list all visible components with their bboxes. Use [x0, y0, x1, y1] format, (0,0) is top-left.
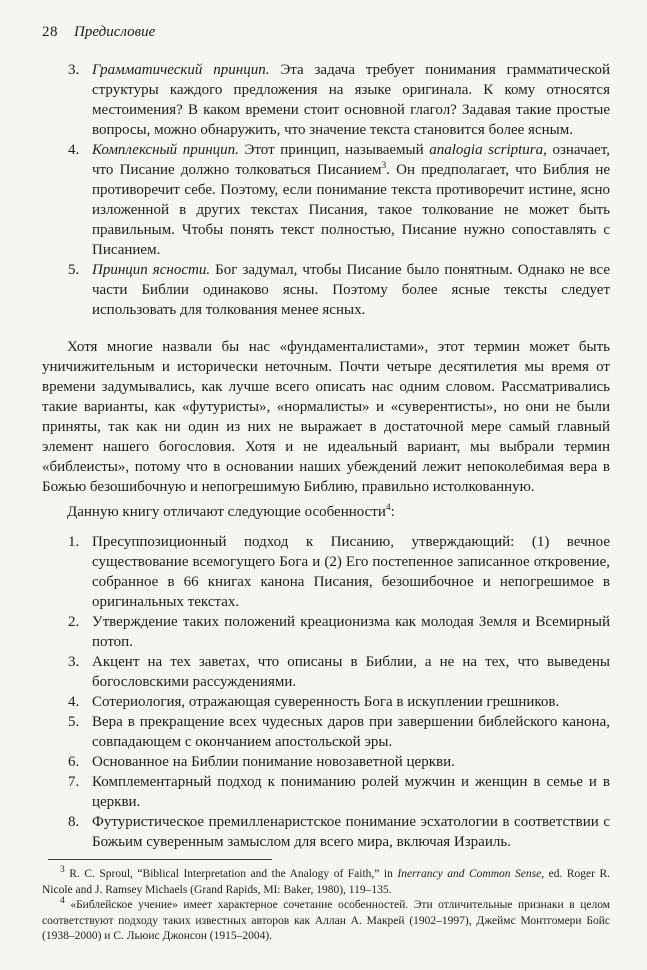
paragraph-features-intro: Данную книгу отличают следующие особенно…: [42, 502, 610, 522]
running-header-title: Предисловие: [74, 24, 155, 41]
principle-term: Комплексный принцип.: [92, 142, 239, 158]
footnote-text: R. C. Sproul, “Biblical Interpretation a…: [65, 868, 398, 880]
item-text: Принцип ясности. Бог задумал, чтобы Писа…: [92, 260, 610, 320]
list-item-feature: 6. Основанное на Библии понимание новоза…: [68, 752, 610, 772]
principles-list: 3. Грамматический принцип. Эта задача тр…: [68, 60, 610, 320]
intro-colon: :: [391, 504, 395, 520]
item-number: 2.: [68, 612, 92, 652]
item-number: 7.: [68, 772, 92, 812]
item-number: 3.: [68, 60, 92, 140]
list-item-principle-4: 4. Комплексный принцип. Этот принцип, на…: [68, 140, 610, 260]
list-item-feature: 8. Футуристическое премилленаристское по…: [68, 812, 610, 852]
item-number: 6.: [68, 752, 92, 772]
footnotes: 3 R. C. Sproul, “Biblical Interpretation…: [42, 867, 610, 945]
footnote-section: 3 R. C. Sproul, “Biblical Interpretation…: [42, 859, 610, 945]
features-list: 1. Пресуппозиционный подход к Писанию, у…: [68, 532, 610, 852]
item-text: Грамматический принцип. Эта задача требу…: [92, 60, 610, 140]
item-text: Футуристическое премилленаристское поним…: [92, 812, 610, 852]
item-text: Акцент на тех заветах, что описаны в Биб…: [92, 652, 610, 692]
list-item-feature: 1. Пресуппозиционный подход к Писанию, у…: [68, 532, 610, 612]
book-page: 28 Предисловие 3. Грамматический принцип…: [0, 0, 647, 970]
page-body: 3. Грамматический принцип. Эта задача тр…: [42, 60, 610, 852]
list-item-principle-5: 5. Принцип ясности. Бог задумал, чтобы П…: [68, 260, 610, 320]
item-number: 5.: [68, 712, 92, 752]
item-number: 4.: [68, 692, 92, 712]
running-header: 28 Предисловие: [42, 24, 610, 41]
intro-text: Данную книгу отличают следующие особенно…: [67, 504, 386, 520]
list-item-feature: 3. Акцент на тех заветах, что описаны в …: [68, 652, 610, 692]
list-item-feature: 2. Утверждение таких положений креациони…: [68, 612, 610, 652]
principle-body: Этот принцип, называемый: [239, 142, 429, 158]
footnote-4: 4 «Библейское учение» имеет характерное …: [42, 898, 610, 945]
item-number: 1.: [68, 532, 92, 612]
list-item-principle-3: 3. Грамматический принцип. Эта задача тр…: [68, 60, 610, 140]
list-item-feature: 4. Сотериология, отражающая суверенность…: [68, 692, 610, 712]
item-text: Вера в прекращение всех чудесных даров п…: [92, 712, 610, 752]
item-number: 5.: [68, 260, 92, 320]
item-text: Пресуппозиционный подход к Писанию, утве…: [92, 532, 610, 612]
cited-work-title: Inerrancy and Common Sense: [397, 868, 541, 880]
principle-term: Принцип ясности.: [92, 262, 210, 278]
list-item-feature: 5. Вера в прекращение всех чудесных даро…: [68, 712, 610, 752]
footnote-text: «Библейское учение» имеет характерное со…: [42, 899, 610, 942]
paragraph-fundamentalists: Хотя многие назвали бы нас «фундаментали…: [42, 337, 610, 497]
footnote-3: 3 R. C. Sproul, “Biblical Interpretation…: [42, 867, 610, 898]
item-number: 4.: [68, 140, 92, 260]
item-number: 3.: [68, 652, 92, 692]
latin-phrase: analogia scriptura: [429, 142, 543, 158]
page-number: 28: [42, 24, 58, 41]
item-text: Комплексный принцип. Этот принцип, назыв…: [92, 140, 610, 260]
item-text: Сотериология, отражающая суверенность Бо…: [92, 692, 610, 712]
item-text: Утверждение таких положений креационизма…: [92, 612, 610, 652]
item-text: Основанное на Библии понимание новозавет…: [92, 752, 610, 772]
item-text: Комплементарный подход к пониманию ролей…: [92, 772, 610, 812]
list-item-feature: 7. Комплементарный подход к пониманию ро…: [68, 772, 610, 812]
principle-term: Грамматический принцип.: [92, 62, 269, 78]
item-number: 8.: [68, 812, 92, 852]
footnote-divider: [48, 859, 272, 860]
